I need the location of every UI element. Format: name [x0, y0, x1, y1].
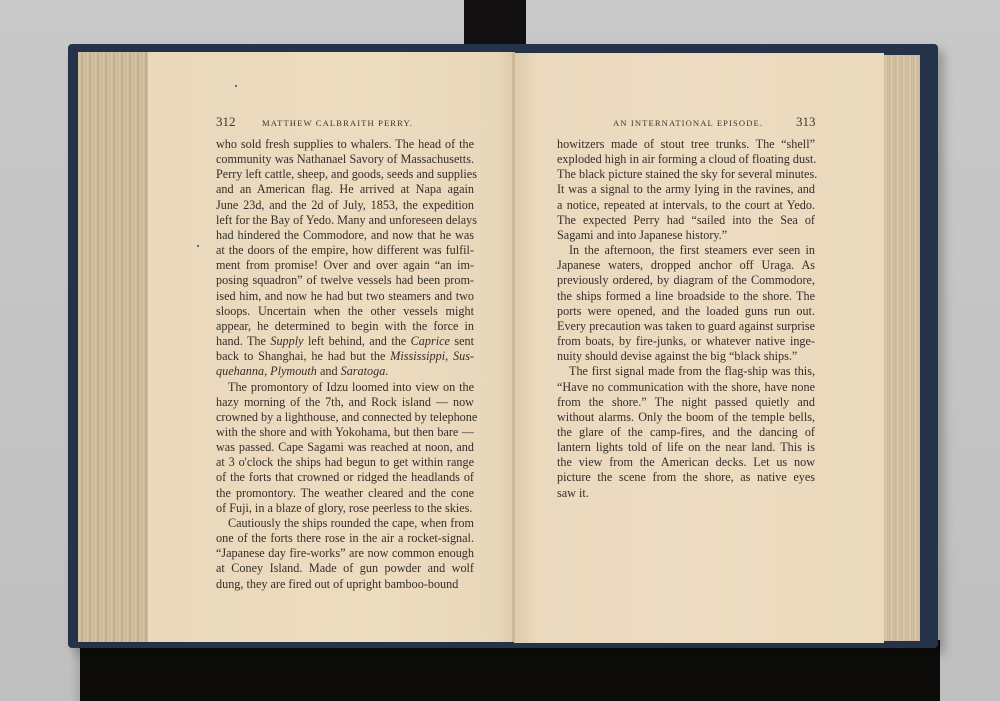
paragraph: The promontory of Idzu loomed into view …: [216, 380, 474, 516]
left-page-text: who sold fresh supplies to whalers. The …: [216, 137, 474, 592]
text-line: hand. The Supply left behind, and the Ca…: [216, 334, 474, 349]
text-line: saw it.: [557, 486, 815, 501]
left-running-head: MATTHEW CALBRAITH PERRY.: [262, 118, 413, 128]
paragraph: who sold fresh supplies to whalers. The …: [216, 137, 474, 380]
text-line: at Coney Island. Made of gun powder and …: [216, 561, 474, 576]
paragraph: Cautiously the ships rounded the cape, w…: [216, 516, 474, 592]
text-line: Sagami and into Japanese history.”: [557, 228, 815, 243]
text-line: of the forts that crowned or ridged the …: [216, 470, 474, 485]
text-line: It was a signal to the army lying in the…: [557, 182, 815, 197]
text-line: crowned by a lighthouse, and connected b…: [216, 410, 474, 425]
text-line: “Have no communication with the shore, h…: [557, 380, 815, 395]
text-line: Every precaution was taken to guard agai…: [557, 319, 815, 334]
text-line: Japanese waters, dropped anchor off Urag…: [557, 258, 815, 273]
text-line: with the shore and with Yokohama, but th…: [216, 425, 474, 440]
text-line: the ships formed a line broadside to the…: [557, 289, 815, 304]
text-line: left for the Bay of Yedo. Many and unfor…: [216, 213, 474, 228]
text-line: ment from promise! Over and over again “…: [216, 258, 474, 273]
text-line: Perry left cattle, sheep, and goods, see…: [216, 167, 474, 182]
text-line: The black picture stained the sky for se…: [557, 167, 815, 182]
text-line: Cautiously the ships rounded the cape, w…: [216, 516, 474, 531]
text-line: ised him, and now he had but two steamer…: [216, 289, 474, 304]
text-line: quehanna, Plymouth and Saratoga.: [216, 364, 474, 379]
text-line: a notice, repeated at intervals, to the …: [557, 198, 815, 213]
text-line: one of the forts there rose in the air a…: [216, 531, 474, 546]
text-line: ports were opened, and the loaded guns r…: [557, 304, 815, 319]
right-page-number: 313: [796, 114, 816, 130]
paragraph: The first signal made from the flag-ship…: [557, 364, 815, 500]
text-line: and an American flag. He arrived at Napa…: [216, 182, 474, 197]
text-line: who sold fresh supplies to whalers. The …: [216, 137, 474, 152]
text-line: The expected Perry had “sailed into the …: [557, 213, 815, 228]
stray-ink-mark: [235, 85, 237, 87]
book-gutter: [512, 52, 515, 642]
text-line: at the doors of the empire, how differen…: [216, 243, 474, 258]
text-line: of Fuji, in a blaze of glory, rose peerl…: [216, 501, 474, 516]
text-line: previously ordered, by diagram of the Co…: [557, 273, 815, 288]
text-line: June 23d, and the 2d of July, 1853, the …: [216, 198, 474, 213]
text-line: In the afternoon, the first steamers eve…: [557, 243, 815, 258]
text-line: exploded high in air forming a cloud of …: [557, 152, 815, 167]
stray-ink-mark: [197, 245, 199, 247]
text-line: from boats, by fire-junks, or whatever n…: [557, 334, 815, 349]
paragraph: In the afternoon, the first steamers eve…: [557, 243, 815, 364]
text-line: appear, he determined to begin with the …: [216, 319, 474, 334]
text-line: the view from the American decks. Let us…: [557, 455, 815, 470]
text-line: “Japanese day fire-works” are now common…: [216, 546, 474, 561]
text-line: nuity should devise against the big “bla…: [557, 349, 815, 364]
book-shadow: [80, 640, 940, 701]
text-line: the glare of the camp-fires, and the dan…: [557, 425, 815, 440]
text-line: community was Nathanael Savory of Massac…: [216, 152, 474, 167]
text-line: at 3 o'clock the ships had begun to get …: [216, 455, 474, 470]
text-line: lantern lights told of life on the near …: [557, 440, 815, 455]
paragraph: howitzers made of stout tree trunks. The…: [557, 137, 815, 243]
left-page-number: 312: [216, 114, 236, 130]
page-edges-left: [78, 52, 150, 642]
text-line: The first signal made from the flag-ship…: [557, 364, 815, 379]
text-line: had hindered the Commodore, and now that…: [216, 228, 474, 243]
text-line: from the shore.” The night passed quietl…: [557, 395, 815, 410]
text-line: posing squadron” of twelve vessels had b…: [216, 273, 474, 288]
text-line: the promontory. The weather cleared and …: [216, 486, 474, 501]
text-line: hazy morning of the 7th, and Rock island…: [216, 395, 474, 410]
text-line: was passed. Cape Sagami was reached at n…: [216, 440, 474, 455]
page-edges-right: [882, 55, 920, 641]
text-line: picture the scene from the shore, as nat…: [557, 470, 815, 485]
text-line: back to Shanghai, he had but the Mississ…: [216, 349, 474, 364]
text-line: without alarms. Only the boom of the tem…: [557, 410, 815, 425]
text-line: dung, they are fired out of upright bamb…: [216, 577, 474, 592]
right-page-text: howitzers made of stout tree trunks. The…: [557, 137, 815, 501]
book-strap: [464, 0, 526, 50]
right-running-head: AN INTERNATIONAL EPISODE.: [613, 118, 763, 128]
text-line: The promontory of Idzu loomed into view …: [216, 380, 474, 395]
text-line: sloops. Uncertain when the other vessels…: [216, 304, 474, 319]
text-line: howitzers made of stout tree trunks. The…: [557, 137, 815, 152]
